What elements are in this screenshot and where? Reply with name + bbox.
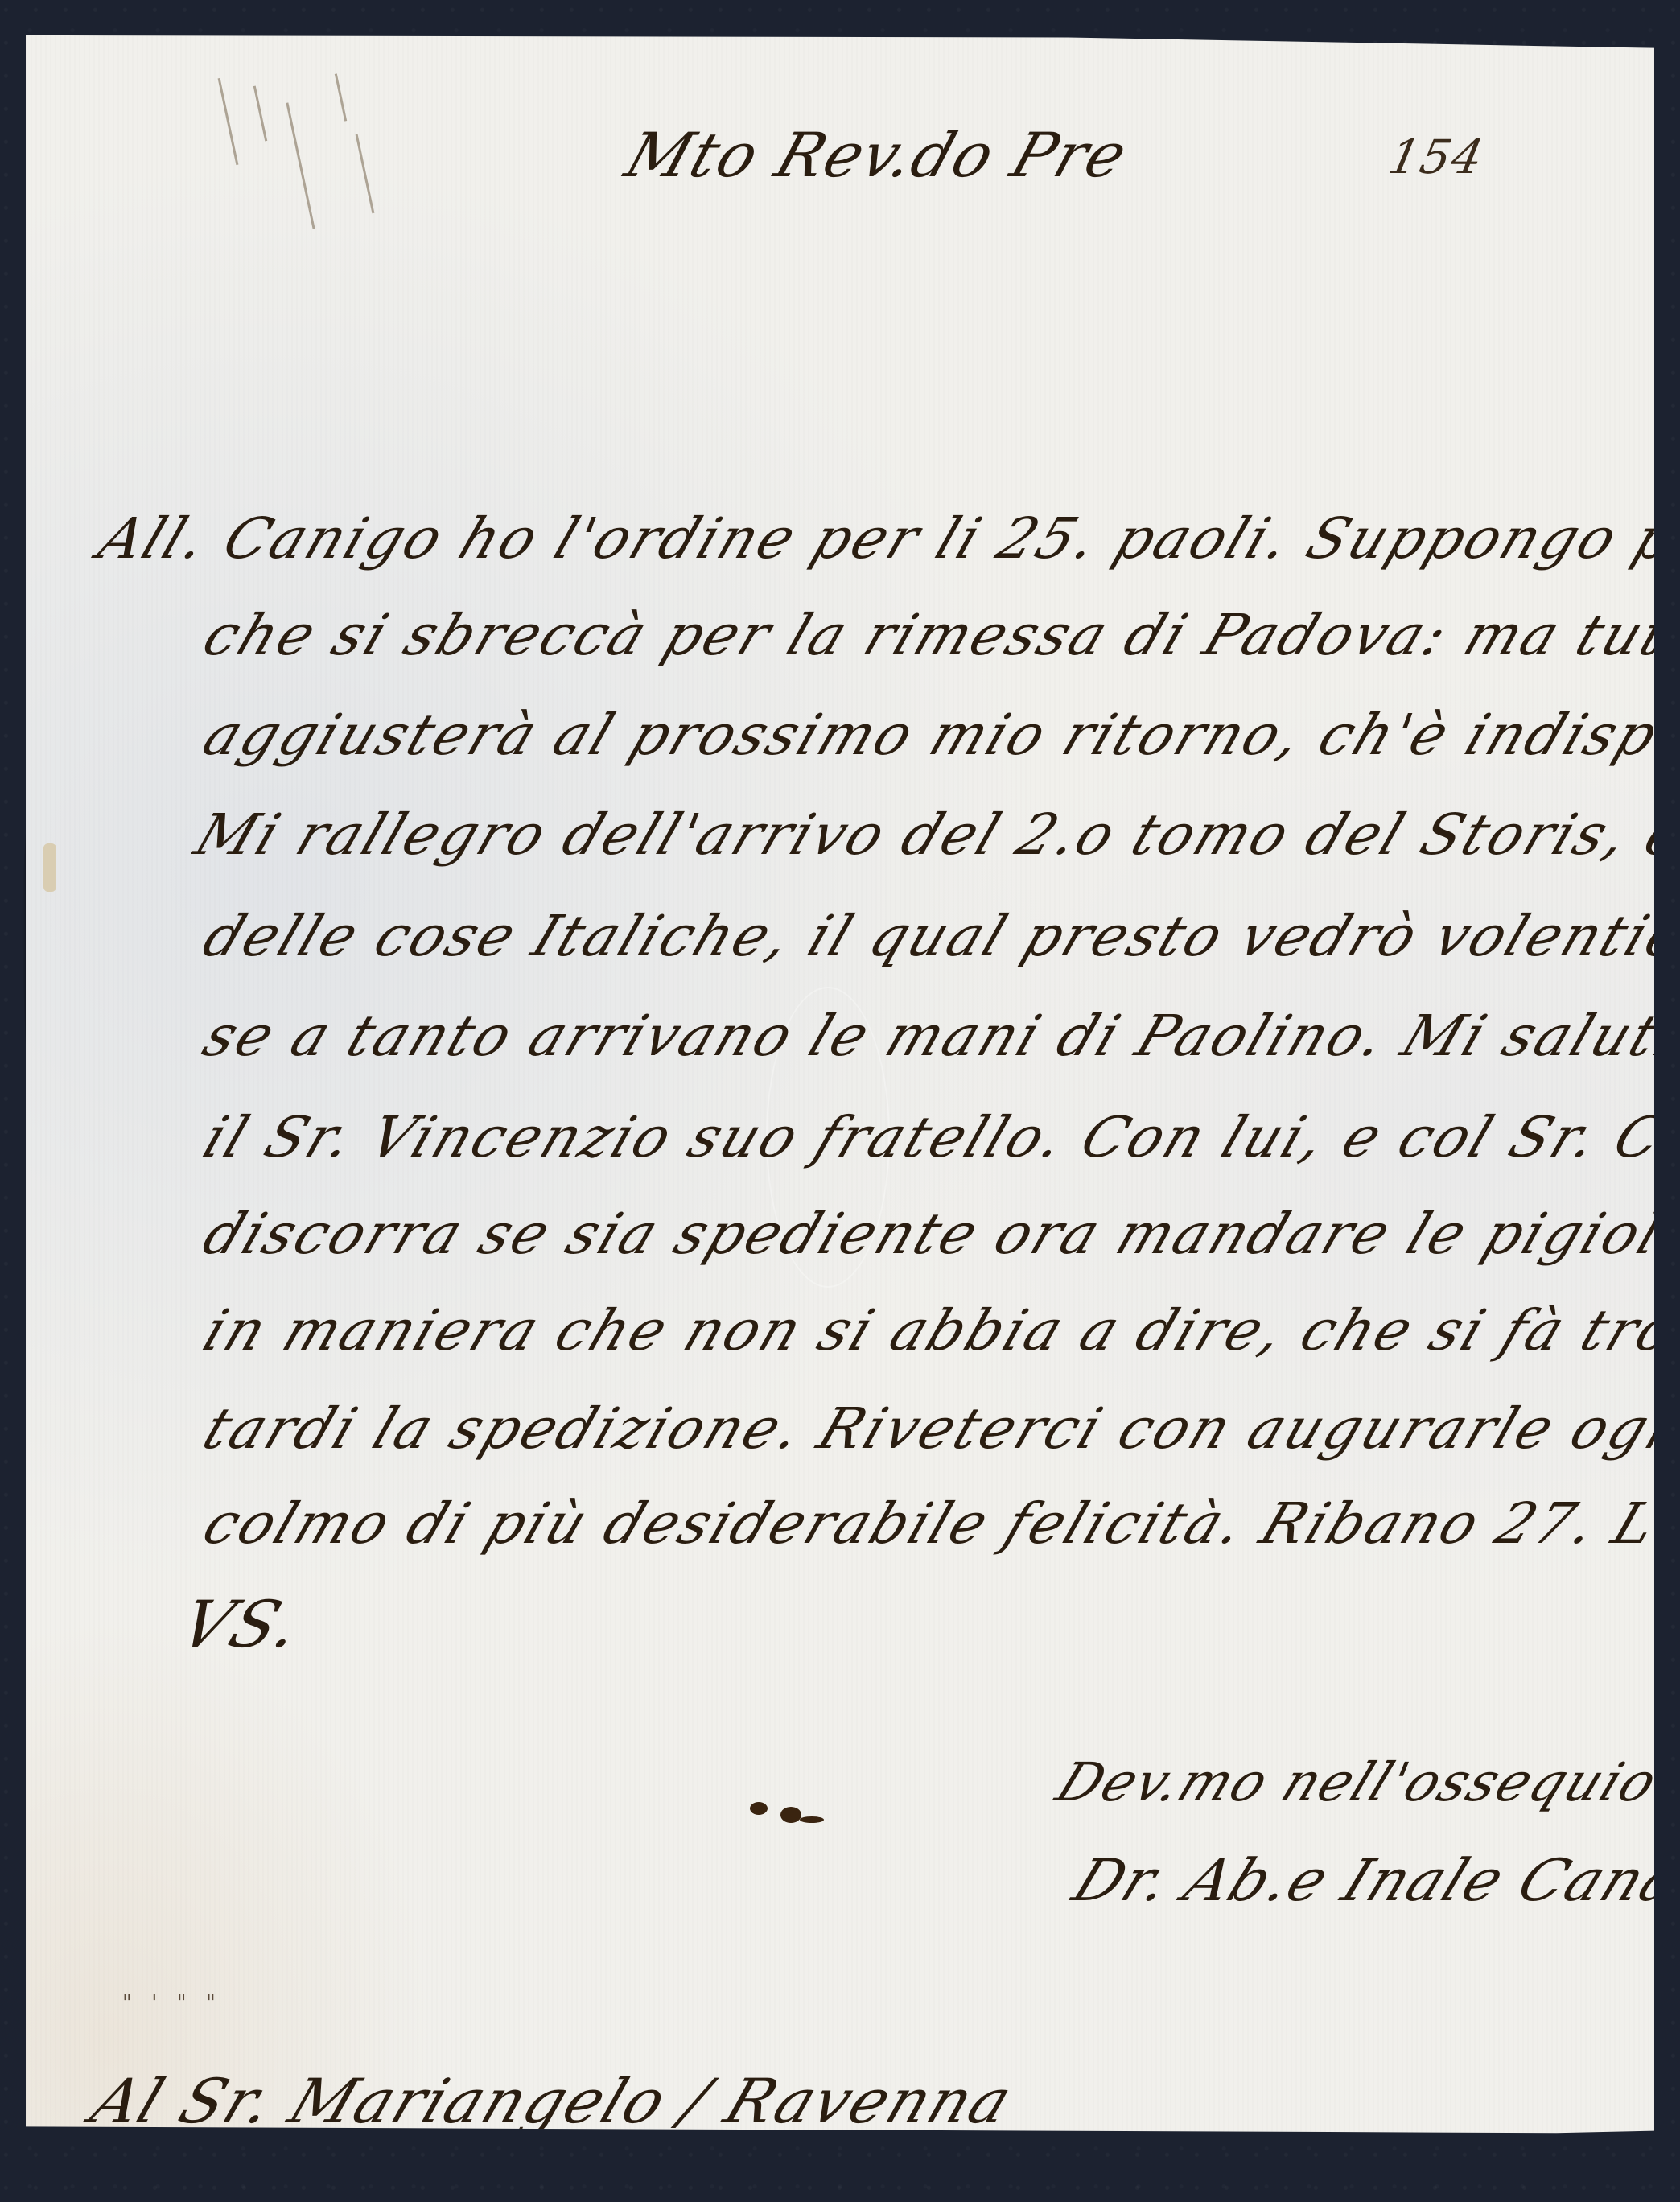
closing-valediction: Dev.mo nell'ossequio [1048,1751,1668,1813]
addressee-line: Al Sr. Mariangelo / Ravenna [82,2065,1023,2137]
folio-number: 154 [1384,130,1489,184]
body-line: il Sr. Vincenzio suo fratello. Con lui, … [195,1104,1680,1170]
body-line: tardi la spedizione. Riveterci con augur… [195,1396,1680,1462]
signature: Dr. Ab.e Inale Canad.o [1064,1846,1680,1914]
body-line: delle cose Italiche, il qual presto vedr… [195,903,1680,969]
letter-salutation-heading: Mto Rev.do Pre [617,119,1137,191]
letter-paper: Mto Rev.do Pre 154 All. Canigo ho l'ordi… [26,29,1654,2146]
body-line: se a tanto arrivano le mani di Paolino. … [195,1003,1680,1069]
paper-edge-damage [43,843,56,892]
body-line-vs: VS. [171,1587,314,1662]
body-line: che si sbreccà per la rimessa di Padova:… [195,602,1680,668]
ink-blot [742,1796,838,1828]
body-line: aggiusterà al prossimo mio ritorno, ch'è… [195,702,1680,768]
body-line-date: colmo di più desiderabile felicità. Riba… [195,1491,1680,1557]
body-line: All. Canigo ho l'ordine per li 25. paoli… [90,505,1680,571]
faint-bleed-marks [211,69,396,262]
body-line: in maniera che non si abbia a dire, che … [195,1297,1680,1363]
body-line: Mi rallegro dell'arrivo del 2.o tomo del… [187,802,1680,868]
address-faint-marks: " ' " " [122,1991,222,2015]
body-line: discorra se sia spediente ora mandare le… [195,1201,1680,1267]
